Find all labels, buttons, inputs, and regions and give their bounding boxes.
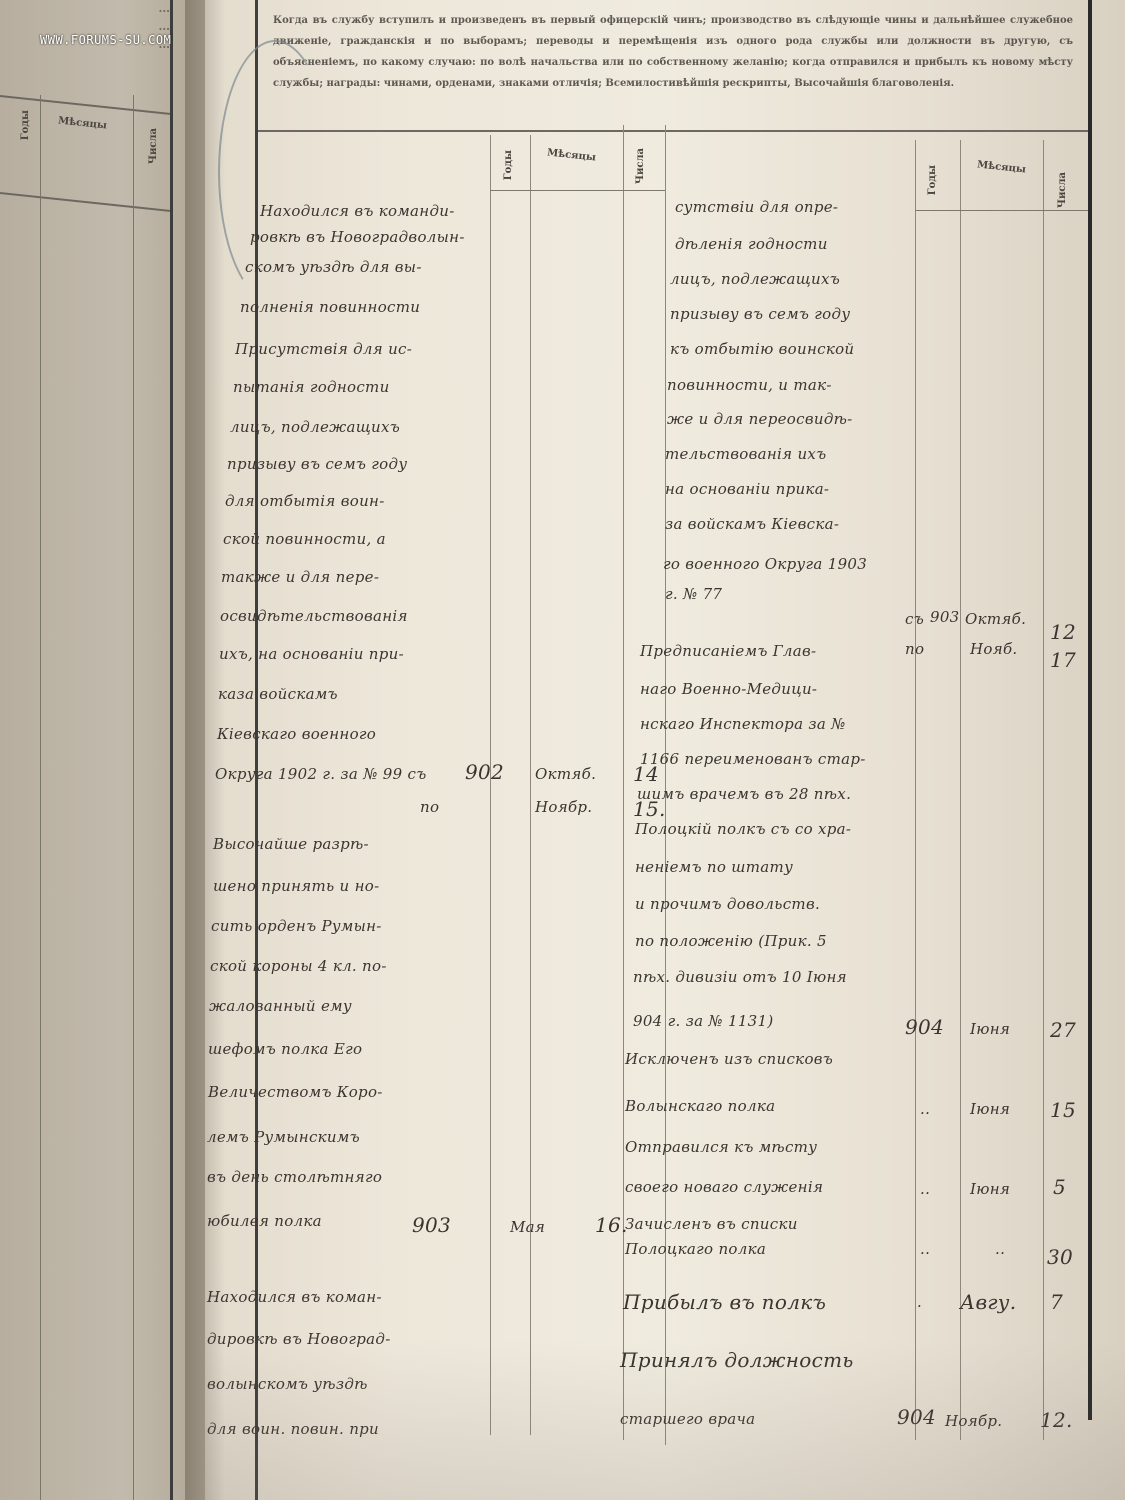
- entry-line: Округа 1902 г. за № 99 съ: [215, 765, 427, 783]
- entry-line: въ день столѣтняго: [207, 1168, 382, 1186]
- entry-line: 1166 переименованъ стар-: [640, 750, 866, 768]
- entry-line: освидѣтельствованія: [220, 607, 408, 625]
- entry-line: своего новаго служенія: [625, 1178, 823, 1196]
- entry-year: 902: [465, 760, 504, 784]
- watermark: WWW.FORUMS-SU.COM: [40, 33, 171, 47]
- entry-line: по: [420, 798, 439, 816]
- left-page: ... ... ... Годы Мѣсяцы Числа: [0, 0, 205, 1500]
- entry-line: для отбытія воин-: [225, 492, 385, 510]
- column-divider: [530, 135, 531, 1435]
- entry-day: 15: [1050, 1098, 1076, 1122]
- entry-line: тельствованія ихъ: [665, 445, 826, 463]
- column-divider: [133, 95, 134, 1500]
- entry-line: лемъ Румынскимъ: [207, 1128, 360, 1146]
- right-col-months-label: Мѣсяцы: [977, 159, 1027, 175]
- left-page-border: [170, 0, 173, 1500]
- entry-month: Іюня: [970, 1180, 1010, 1198]
- entry-line: Величествомъ Коро-: [208, 1083, 383, 1101]
- entry-line: Находился въ коман-: [207, 1288, 382, 1306]
- entry-line: пытанія годности: [233, 378, 390, 396]
- entry-month: ..: [995, 1240, 1005, 1258]
- entry-year: ..: [920, 1100, 930, 1118]
- entry-year: 903: [412, 1213, 451, 1237]
- entry-line: жалованный ему: [209, 997, 352, 1015]
- entry-year: .: [917, 1293, 922, 1311]
- entry-line: Полоцкій полкъ съ со хра-: [635, 820, 851, 838]
- entry-year: 903: [930, 608, 960, 626]
- entry-line: сить орденъ Румын-: [211, 917, 382, 935]
- entry-line: Присутствія для ис-: [235, 340, 412, 358]
- entry-line: Зачисленъ въ списки: [625, 1215, 798, 1233]
- entry-line: повинности, и так-: [667, 376, 832, 394]
- entry-line: по: [905, 640, 924, 658]
- entry-line: Высочайше разрѣ-: [213, 835, 369, 853]
- entry-day: 7: [1050, 1290, 1063, 1314]
- entry-line: также и для пере-: [221, 568, 379, 586]
- entry-line: нскаго Инспектора за №: [640, 715, 846, 733]
- entry-line: Предписаніемъ Глав-: [640, 642, 816, 660]
- entry-line: Прибылъ въ полкъ: [623, 1290, 826, 1314]
- entry-line: шено принять и но-: [213, 877, 379, 895]
- entry-line: шефомъ полка Его: [208, 1040, 362, 1058]
- right-page-right-border: [1088, 0, 1092, 1420]
- entry-line: дѣленія годности: [675, 235, 828, 253]
- column-divider: [490, 135, 491, 1435]
- left-col-years-label: Годы: [20, 110, 31, 140]
- entry-line: за войскамъ Кіевска-: [665, 515, 839, 533]
- binding-thread: [218, 40, 332, 304]
- entry-year: ..: [920, 1240, 930, 1258]
- header-rule: [258, 130, 1088, 132]
- entry-line: пѣх. дивизіи отъ 10 Іюня: [633, 968, 847, 986]
- entry-line: 904 г. за № 1131): [633, 1012, 774, 1030]
- entry-month: Октяб.: [535, 765, 596, 783]
- book-spine-shadow: [185, 0, 225, 1500]
- header-line: ...: [0, 0, 170, 18]
- entry-line: ской короны 4 кл. по-: [210, 957, 387, 975]
- page-shadow: [205, 1340, 1125, 1500]
- mid-col-years-label: Годы: [503, 150, 514, 180]
- entry-line: Полоцкаго полка: [625, 1240, 766, 1258]
- column-divider: [623, 125, 624, 1440]
- entry-line: призыву въ семъ году: [670, 305, 850, 323]
- right-col-days-label: Числа: [1057, 172, 1068, 208]
- entry-line: же и для переосвидѣ-: [667, 410, 853, 428]
- entry-year: ..: [920, 1180, 930, 1198]
- column-header-rule: [490, 190, 665, 191]
- entry-line: наго Военно-Медици-: [640, 680, 817, 698]
- entry-day: 12: [1050, 620, 1076, 644]
- column-header-rule: [915, 210, 1088, 211]
- column-divider: [1043, 140, 1044, 1440]
- entry-line: лицъ, подлежащихъ: [230, 418, 400, 436]
- entry-line: лицъ, подлежащихъ: [670, 270, 840, 288]
- entry-line: шимъ врачемъ въ 28 пѣх.: [637, 785, 851, 803]
- entry-month: Авгу.: [960, 1290, 1016, 1314]
- entry-day: 27: [1050, 1018, 1076, 1042]
- column-divider: [960, 140, 961, 1440]
- column-divider: [915, 140, 916, 1440]
- entry-line: по положенію (Прик. 5: [635, 932, 827, 950]
- entry-line: неніемъ по штату: [635, 858, 793, 876]
- mid-col-days-label: Числа: [635, 148, 646, 184]
- entry-month: Октяб.: [965, 610, 1026, 628]
- entry-line: и прочимъ довольств.: [635, 895, 820, 913]
- entry-line: сутствіи для опре-: [675, 198, 838, 216]
- entry-line: го военного Округа 1903: [663, 555, 867, 573]
- right-page: Когда въ службу вступилъ и произведенъ в…: [205, 0, 1125, 1500]
- entry-month: Ноябр.: [535, 798, 592, 816]
- entry-line: ской повинности, а: [223, 530, 386, 548]
- entry-line: Исключенъ изъ списковъ: [625, 1050, 833, 1068]
- entry-line: Кіевскаго военного: [217, 725, 376, 743]
- entry-day: 30: [1047, 1245, 1073, 1269]
- entry-day: 17: [1050, 648, 1076, 672]
- entry-day: 5: [1053, 1175, 1066, 1199]
- mid-col-months-label: Мѣсяцы: [547, 147, 597, 163]
- entry-line: г. № 77: [665, 585, 722, 603]
- entry-month: Мая: [510, 1218, 545, 1236]
- entry-month: Нояб.: [970, 640, 1017, 658]
- entry-line: на основаніи прика-: [665, 480, 829, 498]
- entry-line: каза войскамъ: [218, 685, 338, 703]
- entry-day: 16.: [595, 1213, 628, 1237]
- form-instructions: Когда въ службу вступилъ и произведенъ в…: [273, 10, 1073, 94]
- left-col-days-label: Числа: [148, 128, 159, 164]
- entry-line: ихъ, на основаніи при-: [219, 645, 404, 663]
- entry-month: Іюня: [970, 1020, 1010, 1038]
- entry-line: Отправился къ мѣсту: [625, 1138, 817, 1156]
- entry-month: Іюня: [970, 1100, 1010, 1118]
- entry-line: Волынскаго полка: [625, 1097, 775, 1115]
- entry-year: 904: [905, 1015, 944, 1039]
- right-col-years-label: Годы: [927, 165, 938, 195]
- column-divider: [40, 95, 41, 1500]
- entry-prefix: съ: [905, 610, 924, 628]
- entry-line: къ отбытію воинской: [670, 340, 854, 358]
- entry-line: призыву въ семъ году: [227, 455, 407, 473]
